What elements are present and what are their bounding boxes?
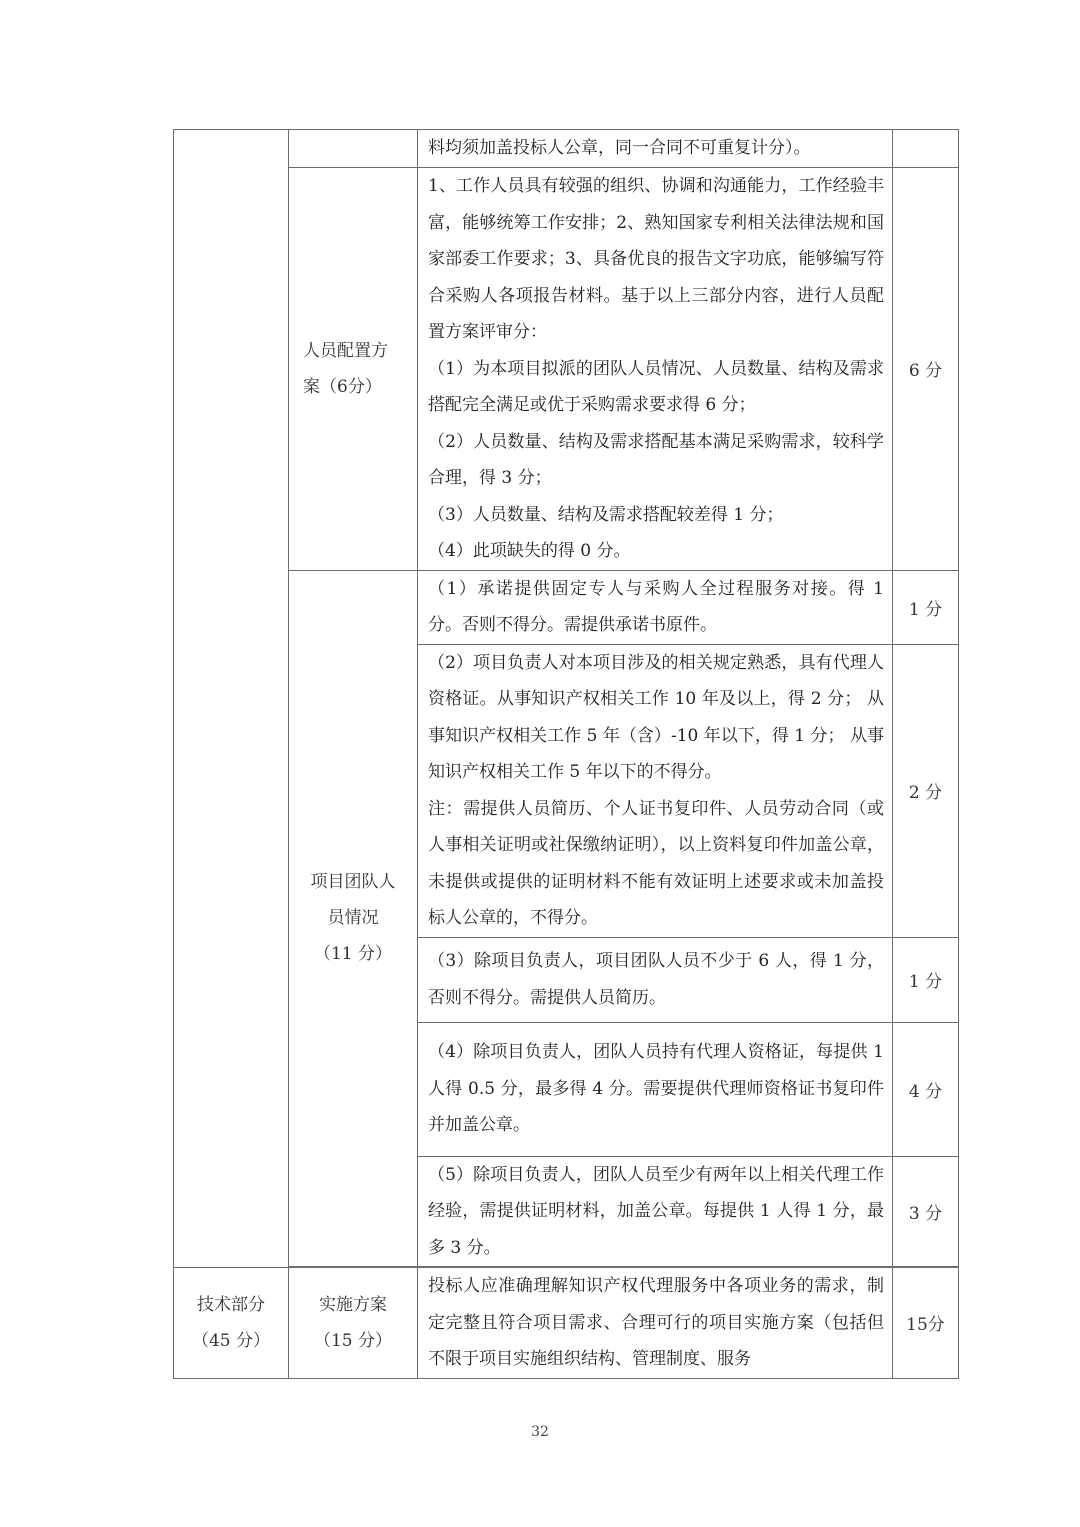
description-text: 料均须加盖投标人公章，同一合同不可重复计分）。 [428, 130, 884, 167]
description-text: 投标人应准确理解知识产权代理服务中各项业务的需求，制定完整且符合项目需求、合理可… [428, 1268, 884, 1378]
score-cell: 4 分 [893, 1022, 959, 1156]
subitem-label: 案（6分） [303, 377, 382, 397]
subitem-label: （15 分） [314, 1331, 392, 1351]
table-row: 项目团队人 员情况 （11 分） （1）承诺提供固定专人与采购人全过程服务对接。… [174, 570, 959, 644]
category-cell: 技术部分 （45 分） [174, 1268, 289, 1379]
subitem-cell-empty [289, 130, 418, 168]
subitem-cell: 项目团队人 员情况 （11 分） [289, 570, 418, 1267]
description-text: （2）项目负责人对本项目涉及的相关规定熟悉，具有代理人资格证。从事知识产权相关工… [428, 645, 884, 791]
subitem-label: （11 分） [314, 944, 392, 964]
subitem-cell: 实施方案 （15 分） [289, 1268, 418, 1379]
score-cell: 6 分 [893, 168, 959, 571]
page-number: 32 [0, 1424, 1080, 1440]
description-text: （1）承诺提供固定专人与采购人全过程服务对接。得 1 分。否则不得分。需提供承诺… [428, 571, 884, 644]
scoring-table: 料均须加盖投标人公章，同一合同不可重复计分）。 人员配置方 案（6分） 1、工作… [173, 129, 959, 1379]
description-cell: 料均须加盖投标人公章，同一合同不可重复计分）。 [418, 130, 893, 168]
category-label: 技术部分 [197, 1295, 265, 1315]
description-cell: （3）除项目负责人，项目团队人员不少于 6 人，得 1 分，否则不得分。需提供人… [418, 937, 893, 1022]
description-text: （5）除项目负责人，团队人员至少有两年以上相关代理工作经验，需提供证明材料，加盖… [428, 1157, 884, 1267]
table-row: 人员配置方 案（6分） 1、工作人员具有较强的组织、协调和沟通能力，工作经验丰富… [174, 168, 959, 571]
category-cell-empty [174, 130, 289, 1268]
description-cell: （2）项目负责人对本项目涉及的相关规定熟悉，具有代理人资格证。从事知识产权相关工… [418, 644, 893, 937]
subitem-label: 人员配置方 [303, 341, 388, 361]
table-row: 技术部分 （45 分） 实施方案 （15 分） 投标人应准确理解知识产权代理服务… [174, 1268, 959, 1379]
description-note: 注：需提供人员简历、个人证书复印件、人员劳动合同（或人事相关证明或社保缴纳证明）… [428, 791, 884, 937]
description-text: （3）人员数量、结构及需求搭配较差得 1 分； [428, 497, 884, 534]
description-cell: 1、工作人员具有较强的组织、协调和沟通能力，工作经验丰富，能够统筹工作安排；2、… [418, 168, 893, 571]
description-cell: （5）除项目负责人，团队人员至少有两年以上相关代理工作经验，需提供证明材料，加盖… [418, 1156, 893, 1267]
subitem-label: 员情况 [328, 908, 379, 928]
description-text: （1）为本项目拟派的团队人员情况、人员数量、结构及需求搭配完全满足或优于采购需求… [428, 351, 884, 424]
description-text: （4）除项目负责人，团队人员持有代理人资格证，每提供 1 人得 0.5 分，最多… [428, 1034, 884, 1144]
description-cell: （4）除项目负责人，团队人员持有代理人资格证，每提供 1 人得 0.5 分，最多… [418, 1022, 893, 1156]
score-cell: 1 分 [893, 570, 959, 644]
description-text: 1、工作人员具有较强的组织、协调和沟通能力，工作经验丰富，能够统筹工作安排；2、… [428, 168, 884, 351]
description-text: （3）除项目负责人，项目团队人员不少于 6 人，得 1 分，否则不得分。需提供人… [428, 943, 884, 1016]
subitem-cell: 人员配置方 案（6分） [289, 168, 418, 571]
description-cell: （1）承诺提供固定专人与采购人全过程服务对接。得 1 分。否则不得分。需提供承诺… [418, 570, 893, 644]
score-cell: 3 分 [893, 1156, 959, 1267]
subitem-label: 实施方案 [319, 1295, 387, 1315]
score-cell: 2 分 [893, 644, 959, 937]
score-cell-empty [893, 130, 959, 168]
description-text: （2）人员数量、结构及需求搭配基本满足采购需求，较科学合理，得 3 分； [428, 424, 884, 497]
table-row: 料均须加盖投标人公章，同一合同不可重复计分）。 [174, 130, 959, 168]
score-cell: 15分 [893, 1268, 959, 1379]
category-label: （45 分） [192, 1331, 270, 1351]
score-cell: 1 分 [893, 937, 959, 1022]
description-cell: 投标人应准确理解知识产权代理服务中各项业务的需求，制定完整且符合项目需求、合理可… [418, 1268, 893, 1379]
description-text: （4）此项缺失的得 0 分。 [428, 533, 884, 570]
subitem-label: 项目团队人 [311, 872, 396, 892]
